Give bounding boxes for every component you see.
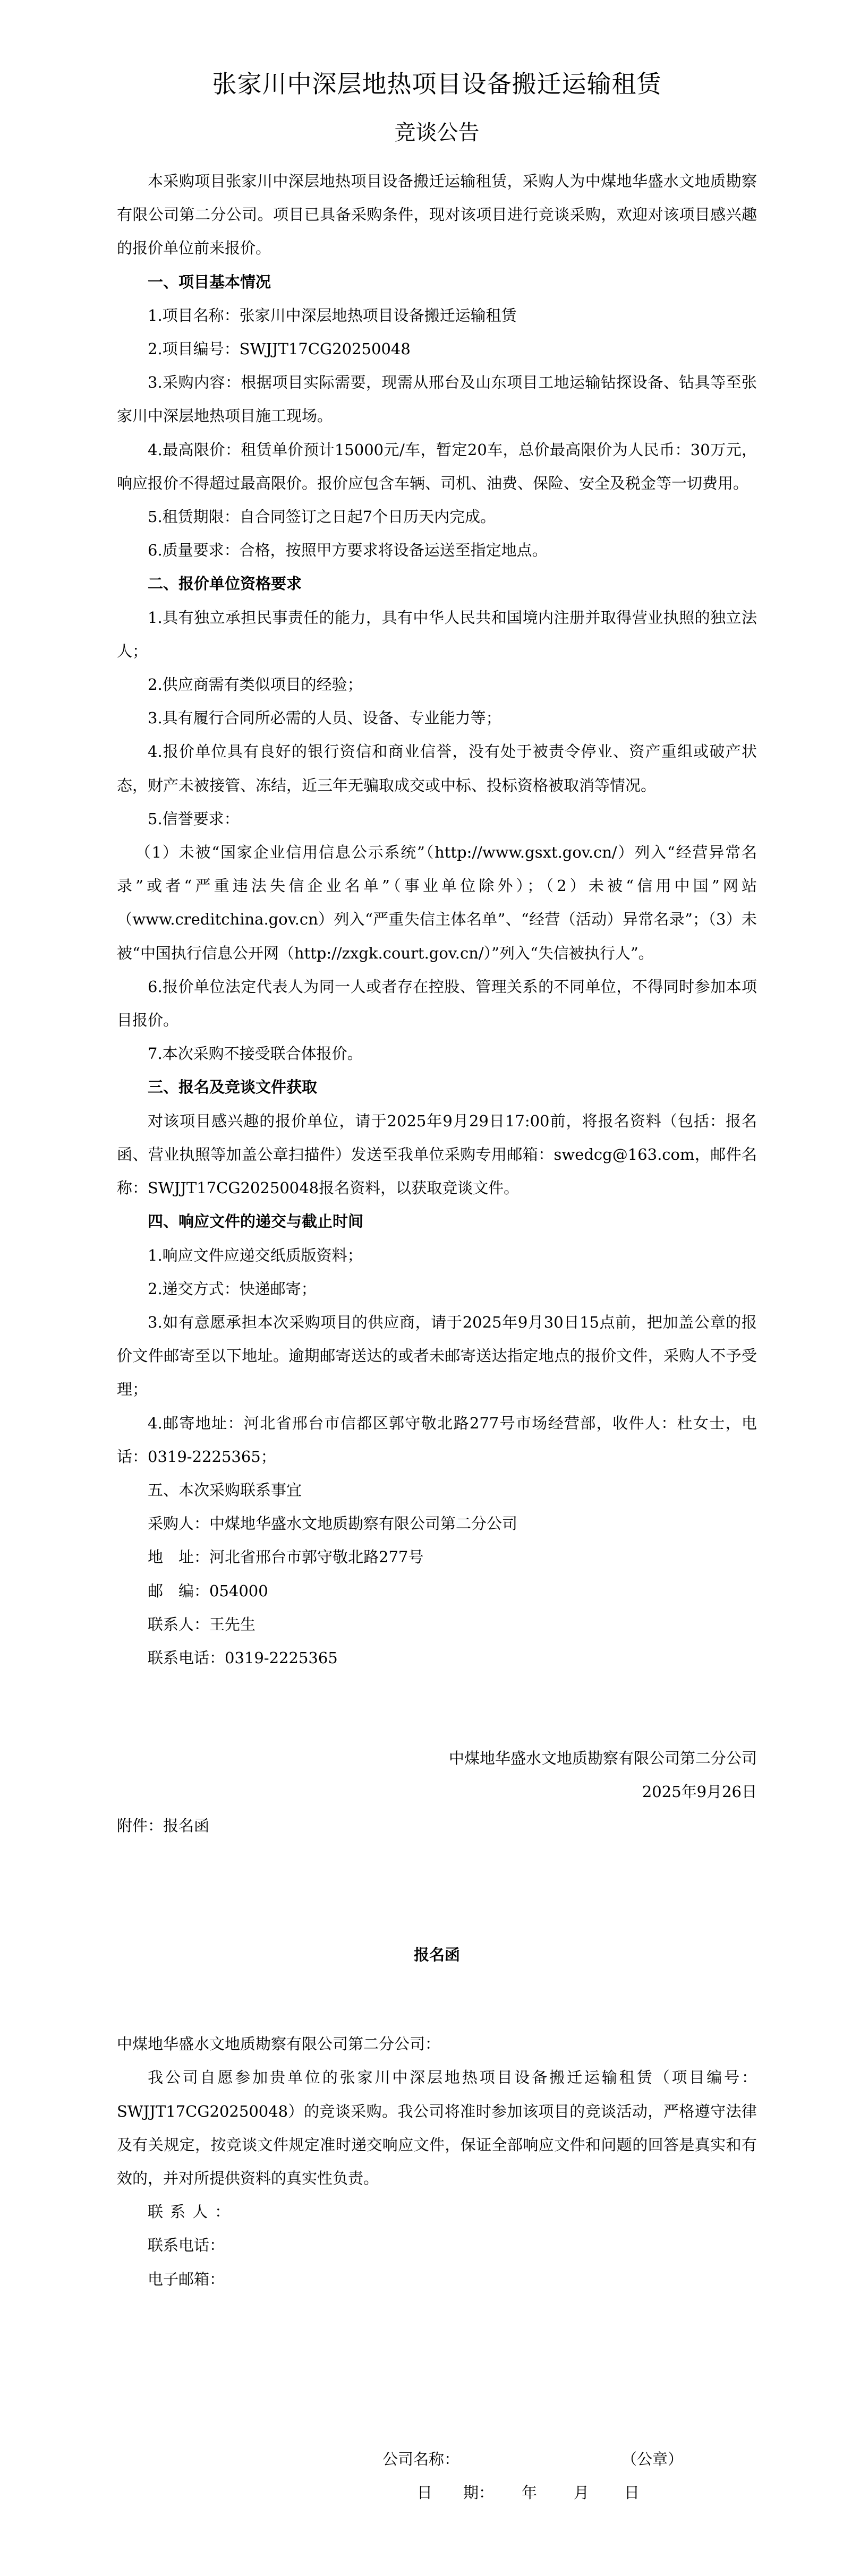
- section-4-item: 3.如有意愿承担本次采购项目的供应商，请于2025年9月30日15点前，把加盖公…: [117, 1306, 757, 1407]
- form-body: 我公司自愿参加贵单位的张家川中深层地热项目设备搬迁运输租赁（项目编号：SWJJT…: [117, 2061, 757, 2195]
- contact-phone: 联系电话：0319-2225365: [117, 1641, 757, 1675]
- company-sign-row: 公司名称： （公章）: [117, 2443, 757, 2476]
- form-phone-field: 联系电话：: [117, 2229, 757, 2262]
- section-4-item: 1.响应文件应递交纸质版资料；: [117, 1239, 757, 1272]
- section-heading-3: 三、报名及竞谈文件获取: [117, 1071, 757, 1104]
- date-label: 日 期：: [417, 2476, 494, 2510]
- signature-date: 2025年9月26日: [117, 1775, 757, 1809]
- section-1-item: 5.租赁期限：自合同签订之日起7个日历天内完成。: [117, 500, 757, 534]
- email-label: 电子邮箱：: [148, 2270, 225, 2288]
- section-4-item: 4.邮寄地址：河北省邢台市信都区郭守敬北路277号市场经营部，收件人：杜女士，电…: [117, 1407, 757, 1474]
- month-label: 月: [574, 2476, 589, 2510]
- intro-paragraph: 本采购项目张家川中深层地热项目设备搬迁运输租赁，采购人为中煤地华盛水文地质勘察有…: [117, 165, 757, 266]
- form-signature-block: 公司名称： （公章） 日 期： 年 月 日: [117, 2443, 757, 2510]
- section-2-item: 6.报价单位法定代表人为同一人或者存在控股、管理关系的不同单位，不得同时参加本项…: [117, 970, 757, 1037]
- company-name-label: 公司名称：: [382, 2443, 459, 2476]
- attachment-note: 附件：报名函: [117, 1809, 757, 1843]
- credit-requirements: （1）未被“国家企业信用信息公示系统”（http://www.gsxt.gov.…: [117, 836, 757, 970]
- section-2-item: 7.本次采购不接受联合体报价。: [117, 1037, 757, 1071]
- section-2-item: 5.信誉要求：: [117, 802, 757, 836]
- section-3-item: 对该项目感兴趣的报价单位，请于2025年9月29日17:00前，将报名资料（包括…: [117, 1105, 757, 1205]
- section-2-item: 2.供应商需有类似项目的经验；: [117, 668, 757, 701]
- section-1-item: 6.质量要求：合格，按照甲方要求将设备运送至指定地点。: [117, 534, 757, 567]
- contact-label: 联系人：: [148, 2203, 237, 2221]
- contact-postcode: 邮 编：054000: [117, 1574, 757, 1608]
- section-1-item: 1.项目名称：张家川中深层地热项目设备搬迁运输租赁: [117, 299, 757, 332]
- section-heading-1: 一、项目基本情况: [117, 266, 757, 299]
- section-4-item: 2.递交方式：快递邮寄；: [117, 1272, 757, 1306]
- date-sign-row: 日 期： 年 月 日: [117, 2476, 757, 2510]
- notice-body: 本采购项目张家川中深层地热项目设备搬迁运输租赁，采购人为中煤地华盛水文地质勘察有…: [117, 165, 757, 1843]
- section-2-item: 4.报价单位具有良好的银行资信和商业信誉，没有处于被责令停业、资产重组或破产状态…: [117, 735, 757, 802]
- day-label: 日: [624, 2476, 640, 2510]
- notice-subtitle: 竞谈公告: [117, 118, 757, 148]
- year-label: 年: [522, 2476, 537, 2510]
- section-1-item: 4.最高限价：租赁单价预计15000元/车，暂定20车，总价最高限价为人民币：3…: [117, 433, 757, 500]
- seal-label: （公章）: [621, 2443, 683, 2476]
- form-addressee: 中煤地华盛水文地质勘察有限公司第二分公司：: [117, 2027, 757, 2061]
- spacer: [117, 1675, 757, 1742]
- form-contact-field: 联系人：: [117, 2195, 757, 2229]
- form-title: 报名函: [117, 1938, 757, 1972]
- section-heading-5: 五、本次采购联系事宜: [117, 1474, 757, 1507]
- section-heading-4: 四、响应文件的递交与截止时间: [117, 1205, 757, 1238]
- section-1-item: 2.项目编号：SWJJT17CG20250048: [117, 332, 757, 366]
- section-2-item: 1.具有独立承担民事责任的能力，具有中华人民共和国境内注册并取得营业执照的独立法…: [117, 601, 757, 668]
- phone-label: 联系电话：: [148, 2236, 225, 2254]
- section-heading-2: 二、报价单位资格要求: [117, 567, 757, 601]
- contact-purchaser: 采购人：中煤地华盛水文地质勘察有限公司第二分公司: [117, 1507, 757, 1541]
- section-1-item: 3.采购内容：根据项目实际需要，现需从邢台及山东项目工地运输钻探设备、钻具等至张…: [117, 366, 757, 433]
- signature-org: 中煤地华盛水文地质勘察有限公司第二分公司: [117, 1742, 757, 1775]
- notice-title: 张家川中深层地热项目设备搬迁运输租赁: [117, 68, 757, 100]
- section-2-item: 3.具有履行合同所必需的人员、设备、专业能力等；: [117, 701, 757, 735]
- contact-person: 联系人：王先生: [117, 1608, 757, 1641]
- contact-address: 地 址：河北省邢台市郭守敬北路277号: [117, 1541, 757, 1574]
- registration-form: 报名函 中煤地华盛水文地质勘察有限公司第二分公司： 我公司自愿参加贵单位的张家川…: [117, 1938, 757, 2296]
- form-email-field: 电子邮箱：: [117, 2263, 757, 2296]
